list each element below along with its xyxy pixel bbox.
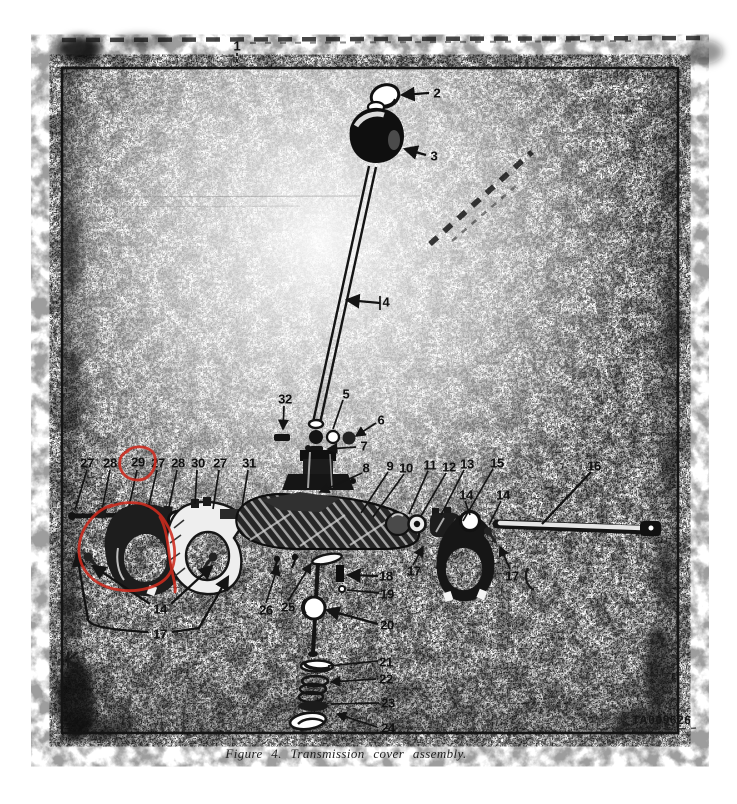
callout-24: 24 — [381, 721, 396, 736]
callout-23: 23 — [381, 696, 395, 711]
callout-3: 3 — [431, 149, 438, 164]
leader-23 — [331, 703, 379, 704]
callout-20: 20 — [380, 618, 394, 633]
callout-16: 16 — [587, 459, 601, 474]
callout-30: 30 — [191, 456, 205, 471]
leader-32 — [283, 406, 284, 429]
callout-7: 7 — [361, 439, 368, 454]
callout-12: 12 — [442, 460, 456, 475]
drawing-number: TA009626 — [632, 715, 691, 727]
callout-4: 4 — [383, 295, 391, 310]
callout-18: 18 — [379, 569, 393, 584]
figure-caption: Figure 4. Transmission cover assembly. — [224, 746, 466, 761]
callout-17c: 17 — [505, 569, 519, 584]
callout-5: 5 — [343, 387, 350, 402]
callout-14a: 14 — [459, 488, 474, 503]
callout-27c: 27 — [213, 456, 227, 471]
callout-17b: 17 — [407, 564, 421, 579]
callout-26: 26 — [259, 603, 273, 618]
callout-14c: 14 — [153, 602, 168, 617]
callout-28a: 28 — [103, 456, 117, 471]
part-pin-18 — [336, 565, 344, 582]
callout-2: 2 — [434, 86, 441, 101]
callout-15: 15 — [490, 456, 504, 471]
callout-29: 29 — [131, 455, 145, 470]
part-bolt-32 — [274, 434, 290, 441]
callout-10: 10 — [399, 461, 413, 476]
callout-31: 31 — [242, 456, 256, 471]
callout-11: 11 — [423, 458, 436, 473]
part-washer-23 — [298, 701, 328, 711]
callout-25: 25 — [281, 600, 295, 615]
callout-1: 1 — [234, 39, 241, 54]
part-washer-5 — [327, 431, 339, 443]
callout-32: 32 — [278, 392, 292, 407]
part-nut-6 — [343, 432, 356, 445]
scanned-manual-page: 1234325678910111213151414162728292728302… — [0, 0, 737, 804]
callout-22: 22 — [379, 672, 393, 687]
callout-6: 6 — [378, 413, 385, 428]
callout-9: 9 — [387, 459, 394, 474]
callout-27a: 27 — [80, 456, 94, 471]
callout-13: 13 — [460, 457, 474, 472]
callout-19: 19 — [380, 587, 394, 602]
leader-18 — [348, 575, 378, 576]
callout-17a: 17 — [153, 627, 167, 642]
part-ball-19 — [339, 586, 345, 592]
callout-28b: 28 — [171, 456, 185, 471]
callout-14b: 14 — [496, 488, 511, 503]
part-ball-12-center — [414, 521, 420, 527]
callout-8: 8 — [363, 461, 370, 476]
transmission-cover-exploded-diagram: 1234325678910111213151414162728292728302… — [0, 0, 737, 804]
callout-21: 21 — [379, 655, 393, 670]
